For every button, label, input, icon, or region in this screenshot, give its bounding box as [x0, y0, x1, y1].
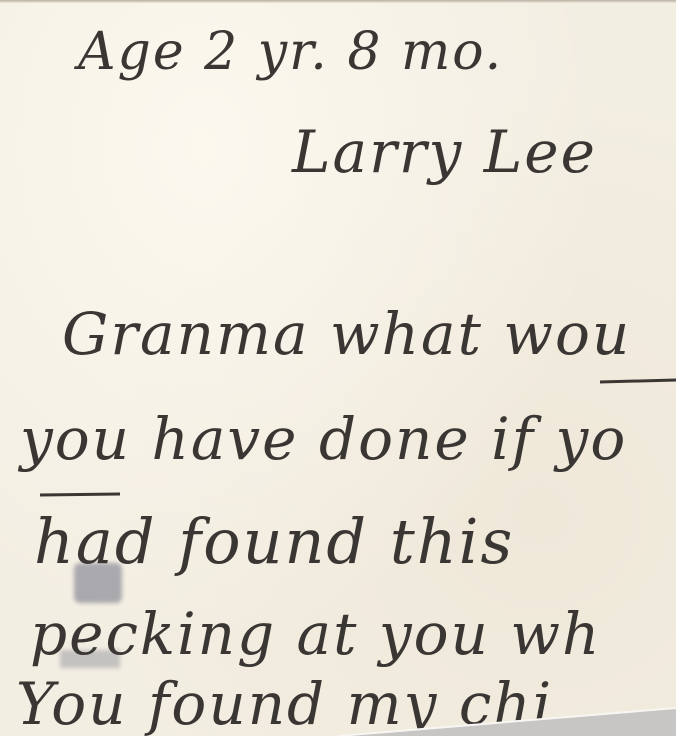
body-line-3: had found this [34, 505, 514, 578]
name-line: Larry Lee [292, 118, 597, 186]
body-line-5: You found my chi [16, 670, 553, 736]
paper-top-edge [0, 0, 676, 3]
body-line-2: you have done if yo [20, 405, 627, 473]
body-line-1-text: Granma what wou [62, 300, 631, 368]
age-line: Age 2 yr. 8 mo. [78, 22, 503, 82]
body-line-4: pecking at you wh [30, 600, 601, 668]
body-line-1: Granma what wou [62, 300, 631, 368]
